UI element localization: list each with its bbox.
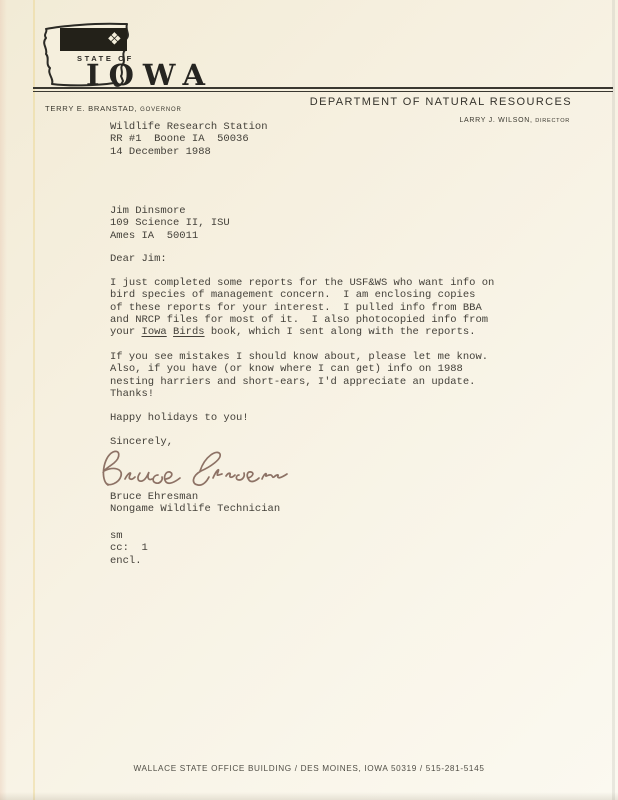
director-title: DIRECTOR — [535, 118, 570, 124]
salutation: Dear Jim: — [110, 253, 167, 265]
holiday-line: Happy holidays to you! — [110, 412, 249, 424]
signed-title: Nongame Wildlife Technician — [110, 503, 280, 515]
signed-name: Bruce Ehresman — [110, 491, 198, 503]
body-line: Thanks! — [110, 388, 154, 400]
footer-address: WALLACE STATE OFFICE BUILDING / DES MOIN… — [0, 764, 618, 773]
book-title-part: Iowa — [142, 326, 167, 338]
body-text: your — [110, 326, 142, 338]
scan-edge-left — [0, 0, 7, 800]
scan-edge-bottom — [0, 792, 618, 800]
governor-title: GOVERNOR — [140, 107, 181, 113]
body-line: nesting harriers and short-ears, I'd app… — [110, 376, 475, 388]
iowa-flag: ❖ — [60, 28, 127, 51]
sender-line: RR #1 Boone IA 50036 — [110, 133, 249, 145]
recipient-line: Jim Dinsmore — [110, 205, 186, 217]
body-line: I just completed some reports for the US… — [110, 277, 494, 289]
book-title-part: Birds — [173, 326, 205, 338]
body-line: If you see mistakes I should know about,… — [110, 351, 488, 363]
state-name: IOWA — [86, 62, 214, 88]
body-line: your Iowa Birds book, which I sent along… — [110, 326, 476, 338]
body-line: and NRCP files for most of it. I also ph… — [110, 314, 488, 326]
sender-line: Wildlife Research Station — [110, 121, 268, 133]
governor-line: TERRY E. BRANSTAD, GOVERNOR — [45, 98, 182, 116]
cc-line: cc: 1 — [110, 542, 148, 554]
scan-edge-right — [612, 0, 615, 800]
flag-emblem-icon: ❖ — [107, 31, 122, 48]
recipient-line: Ames IA 50011 — [110, 230, 198, 242]
director-name: LARRY J. WILSON, — [459, 117, 535, 124]
body-text: book, which I sent along with the report… — [205, 326, 476, 338]
recipient-line: 109 Science II, ISU — [110, 217, 230, 229]
body-line: Also, if you have (or know where I can g… — [110, 363, 463, 375]
governor-name: TERRY E. BRANSTAD, — [45, 104, 140, 113]
paper-crease-line — [33, 0, 35, 800]
body-line: of these reports for your interest. I pu… — [110, 302, 482, 314]
department-name: DEPARTMENT OF NATURAL RESOURCES — [310, 96, 572, 108]
scanned-letter-page: ❖ STATE OF IOWA TERRY E. BRANSTAD, GOVER… — [0, 0, 618, 800]
enclosure-line: encl. — [110, 555, 142, 567]
director-line: LARRY J. WILSON, DIRECTOR — [459, 109, 570, 127]
body-line: bird species of management concern. I am… — [110, 289, 475, 301]
typist-initials: sm — [110, 530, 123, 542]
date-line: 14 December 1988 — [110, 146, 211, 158]
signature — [96, 444, 291, 492]
